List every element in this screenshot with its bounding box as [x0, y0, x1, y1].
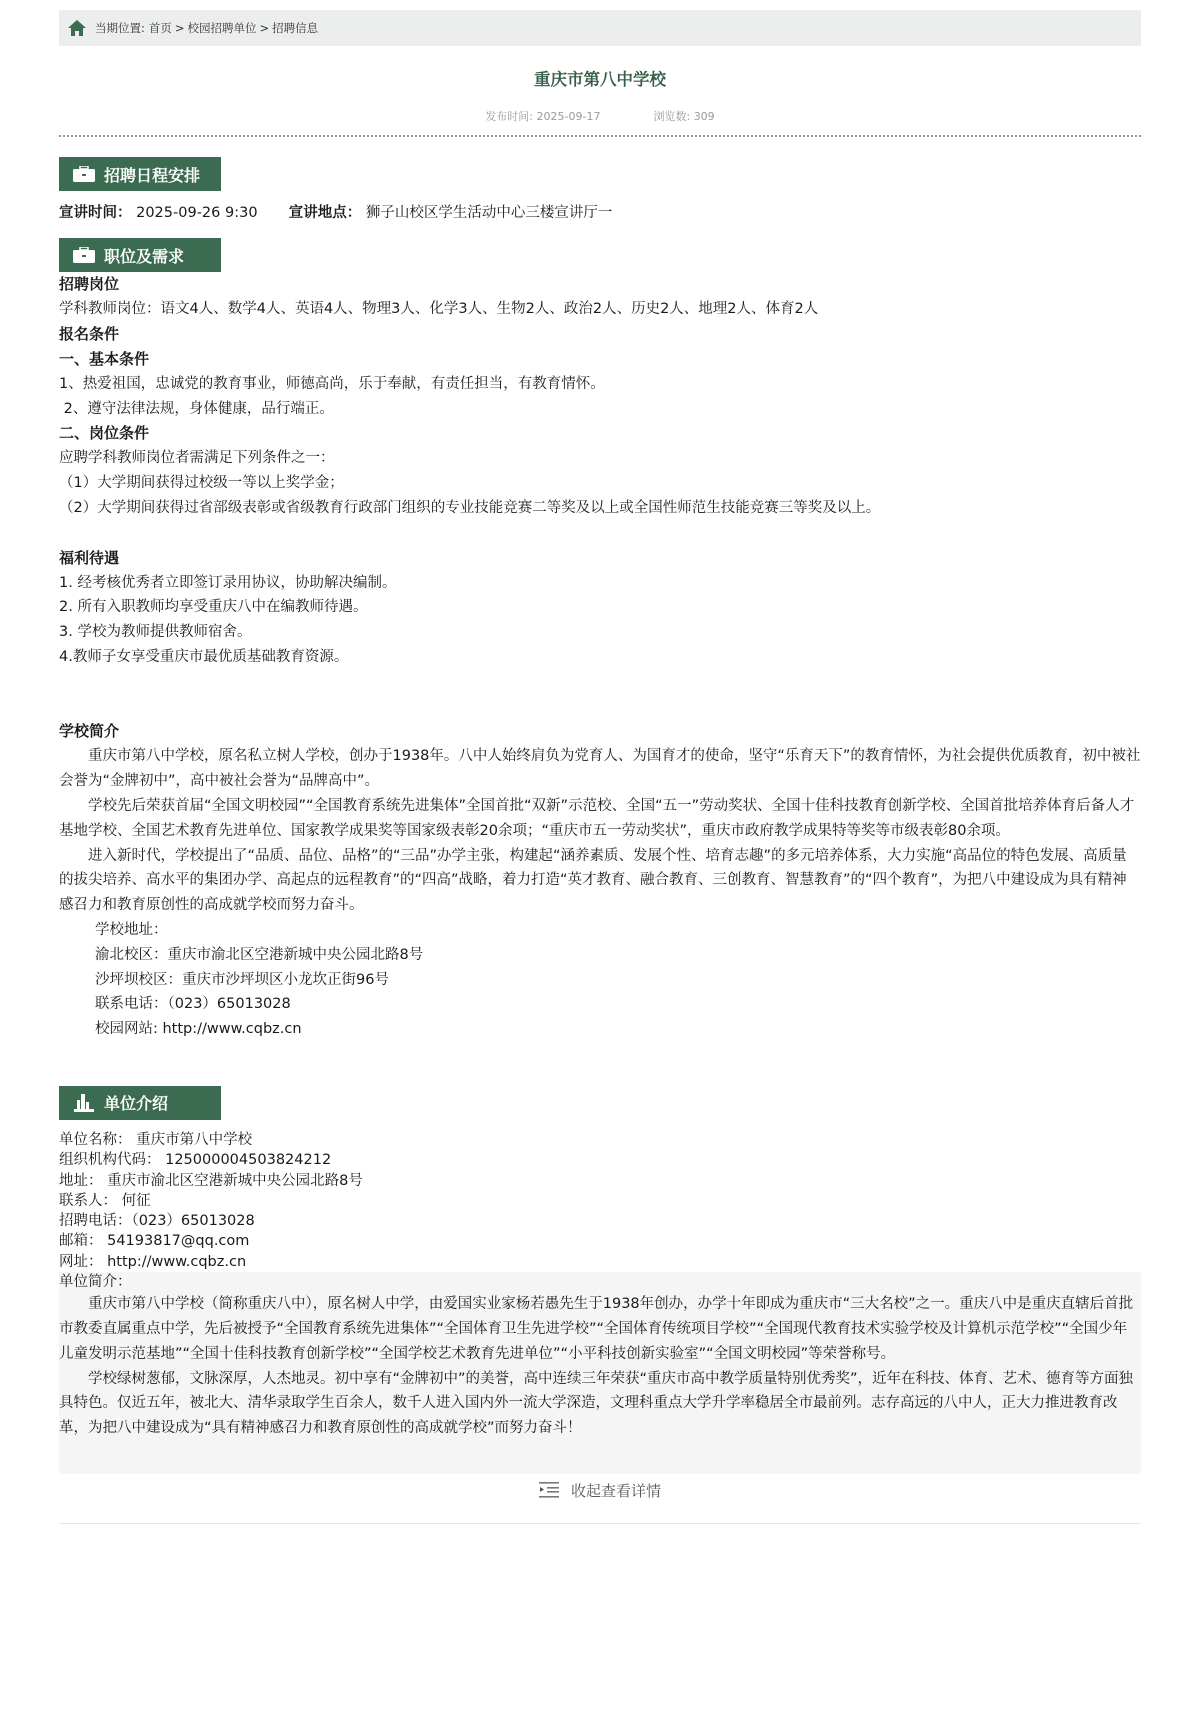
home-icon[interactable] — [67, 18, 87, 38]
page-container: 当期位置: 首页 > 校园招聘单位 > 招聘信息 重庆市第八中学校 发布时间: … — [59, 10, 1141, 1524]
unit-intro-block: 单位简介： 重庆市第八中学校（简称重庆八中），原名树人中学，由爱国实业家杨若愚先… — [59, 1272, 1141, 1474]
post-cond-item: （1）大学期间获得过校级一等以上奖学金； — [59, 471, 1141, 496]
basic-item: 2、遵守法律法规，身体健康，品行端正。 — [59, 397, 1141, 422]
phone-value: （023）65013028 — [132, 1213, 255, 1229]
address-line: 学校地址： — [59, 918, 1141, 943]
website-label: 网址： — [59, 1254, 103, 1270]
benefits-title: 福利待遇 — [59, 546, 1141, 571]
post-meta: 发布时间: 2025-09-17 浏览数: 309 — [59, 108, 1141, 124]
address-value: 重庆市渝北区空港新城中央公园北路8号 — [107, 1173, 363, 1189]
breadcrumb-home-link[interactable]: 首页 — [149, 20, 172, 36]
unit-intro-paragraph: 重庆市第八中学校（简称重庆八中），原名树人中学，由爱国实业家杨若愚先生于1938… — [59, 1292, 1141, 1366]
building-icon — [73, 1093, 95, 1113]
benefit-item: 1. 经考核优秀者立即签订录用协议，协助解决编制。 — [59, 571, 1141, 596]
address-line: 渝北校区：重庆市渝北区空港新城中央公园北路8号 — [59, 943, 1141, 968]
briefcase-icon — [73, 247, 95, 263]
unit-name-value: 重庆市第八中学校 — [136, 1132, 252, 1148]
conditions-title: 报名条件 — [59, 322, 1141, 347]
list-collapse-icon — [539, 1481, 559, 1499]
website-line[interactable]: 校园网站: http://www.cqbz.cn — [59, 1017, 1141, 1042]
breadcrumb-separator: > — [260, 21, 270, 35]
briefcase-icon — [73, 166, 95, 182]
org-code-value: 125000004503824212 — [165, 1152, 331, 1168]
unit-info: 单位名称： 重庆市第八中学校 组织机构代码： 12500000450382421… — [59, 1130, 1141, 1272]
benefit-item: 2. 所有入职教师均享受重庆八中在编教师待遇。 — [59, 595, 1141, 620]
collapse-label: 收起查看详情 — [571, 1480, 661, 1501]
address-label: 地址： — [59, 1173, 103, 1189]
post-cond-item: （2）大学期间获得过省部级表彰或省级教育行政部门组织的专业技能竞赛二等奖及以上或… — [59, 496, 1141, 521]
page-title: 重庆市第八中学校 — [59, 66, 1141, 90]
section-title: 职位及需求 — [104, 244, 184, 267]
unit-intro-paragraph: 学校绿树葱郁，文脉深厚，人杰地灵。初中享有“金牌初中”的美誉，高中连续三年荣获“… — [59, 1367, 1141, 1441]
post-cond-intro: 应聘学科教师岗位者需满足下列条件之一： — [59, 446, 1141, 471]
schedule-info: 宣讲时间： 2025-09-26 9:30 宣讲地点： 狮子山校区学生活动中心三… — [59, 201, 1141, 222]
section-title: 单位介绍 — [104, 1091, 168, 1114]
phone-line: 联系电话：（023）65013028 — [59, 992, 1141, 1017]
address-line: 沙坪坝校区：重庆市沙坪坝区小龙坎正街96号 — [59, 968, 1141, 993]
place-value: 狮子山校区学生活动中心三楼宣讲厅一 — [366, 205, 613, 221]
breadcrumb-label: 当期位置: — [95, 20, 145, 36]
posts-text: 学科教师岗位：语文4人、数学4人、英语4人、物理3人、化学3人、生物2人、政治2… — [59, 297, 1141, 322]
school-intro-title: 学校简介 — [59, 719, 1141, 744]
email-label: 邮箱： — [59, 1233, 103, 1249]
views-count: 309 — [694, 110, 715, 123]
place-label: 宣讲地点： — [289, 205, 362, 221]
unit-intro-label: 单位简介： — [59, 1272, 1141, 1292]
divider — [59, 135, 1141, 137]
benefit-item: 4.教师子女享受重庆市最优质基础教育资源。 — [59, 645, 1141, 670]
basic-title: 一、基本条件 — [59, 347, 1141, 372]
publish-label: 发布时间: — [485, 110, 533, 123]
views-label: 浏览数: — [653, 110, 690, 123]
collapse-details-button[interactable]: 收起查看详情 — [59, 1480, 1141, 1501]
time-label: 宣讲时间： — [59, 205, 132, 221]
org-code-label: 组织机构代码： — [59, 1152, 161, 1168]
positions-content: 招聘岗位 学科教师岗位：语文4人、数学4人、英语4人、物理3人、化学3人、生物2… — [59, 272, 1141, 1042]
website-value[interactable]: http://www.cqbz.cn — [107, 1254, 246, 1270]
contact-label: 联系人： — [59, 1193, 117, 1209]
school-intro-paragraph: 重庆市第八中学校，原名私立树人学校，创办于1938年。八中人始终肩负为党育人、为… — [59, 744, 1141, 794]
school-intro-paragraph: 学校先后荣获首届“全国文明校园”“全国教育系统先进集体”全国首批“双新”示范校、… — [59, 794, 1141, 844]
breadcrumb-separator: > — [175, 21, 185, 35]
time-value: 2025-09-26 9:30 — [136, 205, 257, 221]
contact-value: 何征 — [122, 1193, 151, 1209]
unit-name-label: 单位名称： — [59, 1132, 132, 1148]
posts-title: 招聘岗位 — [59, 272, 1141, 297]
email-value[interactable]: 54193817@qq.com — [107, 1233, 249, 1249]
divider — [59, 1523, 1141, 1524]
school-intro-paragraph: 进入新时代，学校提出了“品质、品位、品格”的“三品”办学主张，构建起“涵养素质、… — [59, 844, 1141, 918]
breadcrumb-campus-link[interactable]: 校园招聘单位 — [188, 20, 257, 36]
breadcrumb-current: 招聘信息 — [272, 20, 318, 36]
section-header-positions: 职位及需求 — [59, 238, 221, 272]
section-title: 招聘日程安排 — [104, 163, 200, 186]
breadcrumb: 当期位置: 首页 > 校园招聘单位 > 招聘信息 — [59, 10, 1141, 46]
post-cond-title: 二、岗位条件 — [59, 421, 1141, 446]
benefit-item: 3. 学校为教师提供教师宿舍。 — [59, 620, 1141, 645]
section-header-schedule: 招聘日程安排 — [59, 157, 221, 191]
basic-item: 1、热爱祖国，忠诚党的教育事业，师德高尚，乐于奉献，有责任担当，有教育情怀。 — [59, 372, 1141, 397]
section-header-unit: 单位介绍 — [59, 1086, 221, 1120]
phone-label: 招聘电话： — [59, 1213, 132, 1229]
publish-date: 2025-09-17 — [537, 110, 601, 123]
